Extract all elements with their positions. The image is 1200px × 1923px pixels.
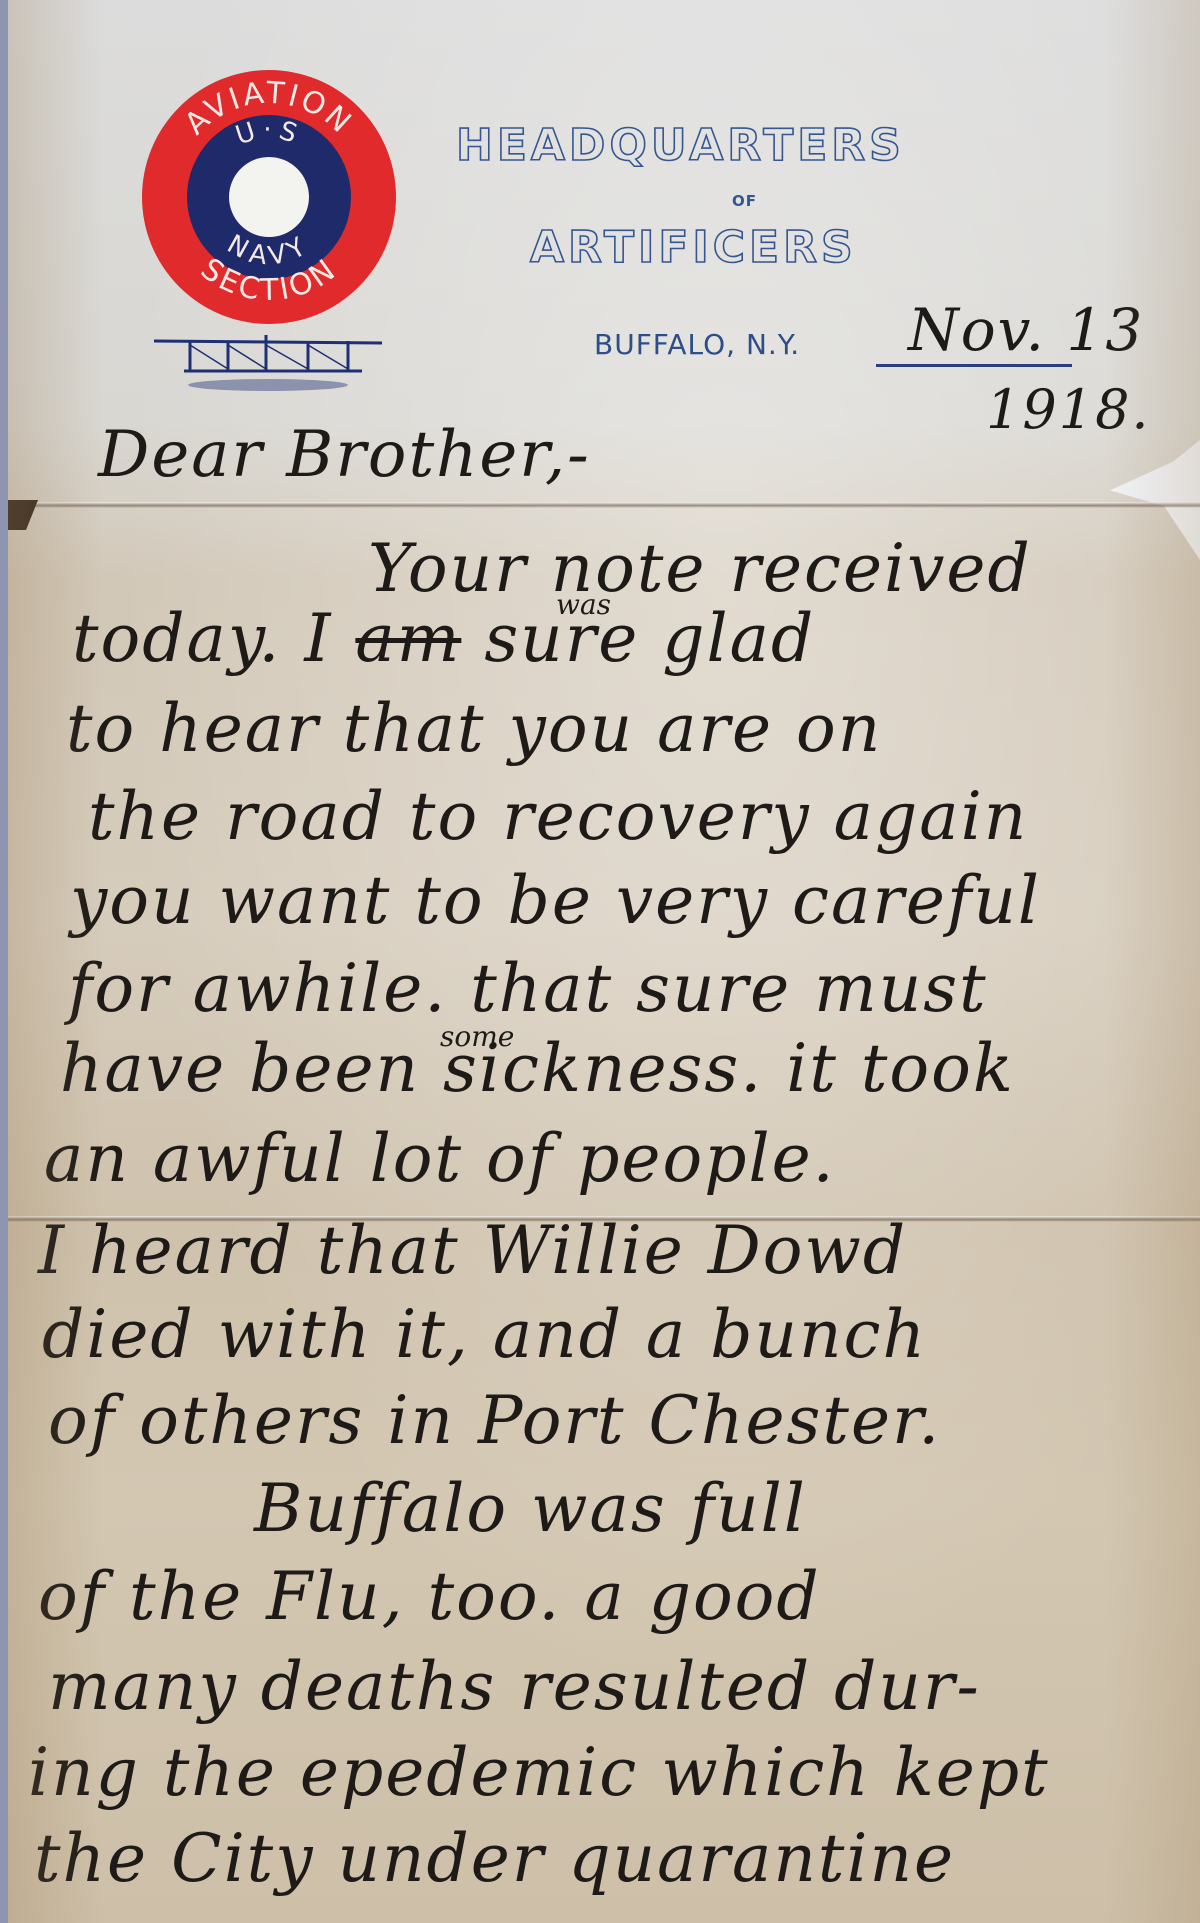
inserted-word: was: [556, 588, 611, 621]
navy-aviation-emblem-icon: AVIATION SECTION U·S NAVY: [140, 68, 398, 326]
biplane-icon: [148, 325, 388, 395]
date-underline: [876, 364, 1072, 367]
inserted-word: some: [440, 1020, 514, 1053]
letter-line: Your note received: [368, 530, 1032, 607]
letter-line: an awful lot of people.: [44, 1120, 836, 1197]
letter-line: the road to recovery again: [88, 778, 1028, 855]
letter-line: the City under quarantine: [34, 1820, 955, 1897]
letter-text: today. I: [72, 600, 332, 677]
letter-text: sure glad: [484, 600, 815, 677]
fold-line: [8, 502, 1200, 508]
letter-line: for awhile. that sure must: [68, 950, 988, 1027]
letterhead-of: OF: [732, 192, 757, 210]
torn-corner: [1110, 440, 1200, 560]
date-year: 1918.: [986, 378, 1151, 441]
letter-line: many deaths resulted dur-: [48, 1648, 981, 1725]
letter-line: of others in Port Chester.: [48, 1382, 941, 1459]
letter-line: ing the epedemic which kept: [28, 1734, 1050, 1811]
letter-line: I heard that Willie Dowd: [38, 1212, 907, 1289]
letterhead-city: BUFFALO, N.Y.: [594, 328, 800, 361]
letter-line: you want to be very careful: [70, 862, 1041, 939]
letter-sheet: AVIATION SECTION U·S NAVY H: [8, 0, 1200, 1923]
date-month-day: Nov. 13: [908, 296, 1144, 364]
letter-line: have been sickness. it took: [60, 1030, 1015, 1107]
letter-line: of the Flu, too. a good: [38, 1558, 821, 1635]
letter-line: Buffalo was full: [254, 1470, 807, 1547]
letterhead-subtitle: ARTIFICERS: [530, 222, 857, 273]
letter-line: died with it, and a bunch: [42, 1296, 927, 1373]
fold-notch: [8, 500, 38, 530]
struck-word: am: [355, 600, 461, 677]
letter-line: to hear that you are on: [66, 690, 882, 767]
letter-line: today. I am sure glad: [72, 600, 815, 677]
letter-text: sickness. it took: [443, 1030, 1015, 1107]
letterhead-title: HEADQUARTERS: [456, 120, 905, 171]
letter-text: have been: [60, 1030, 420, 1107]
salutation: Dear Brother,-: [98, 418, 591, 492]
